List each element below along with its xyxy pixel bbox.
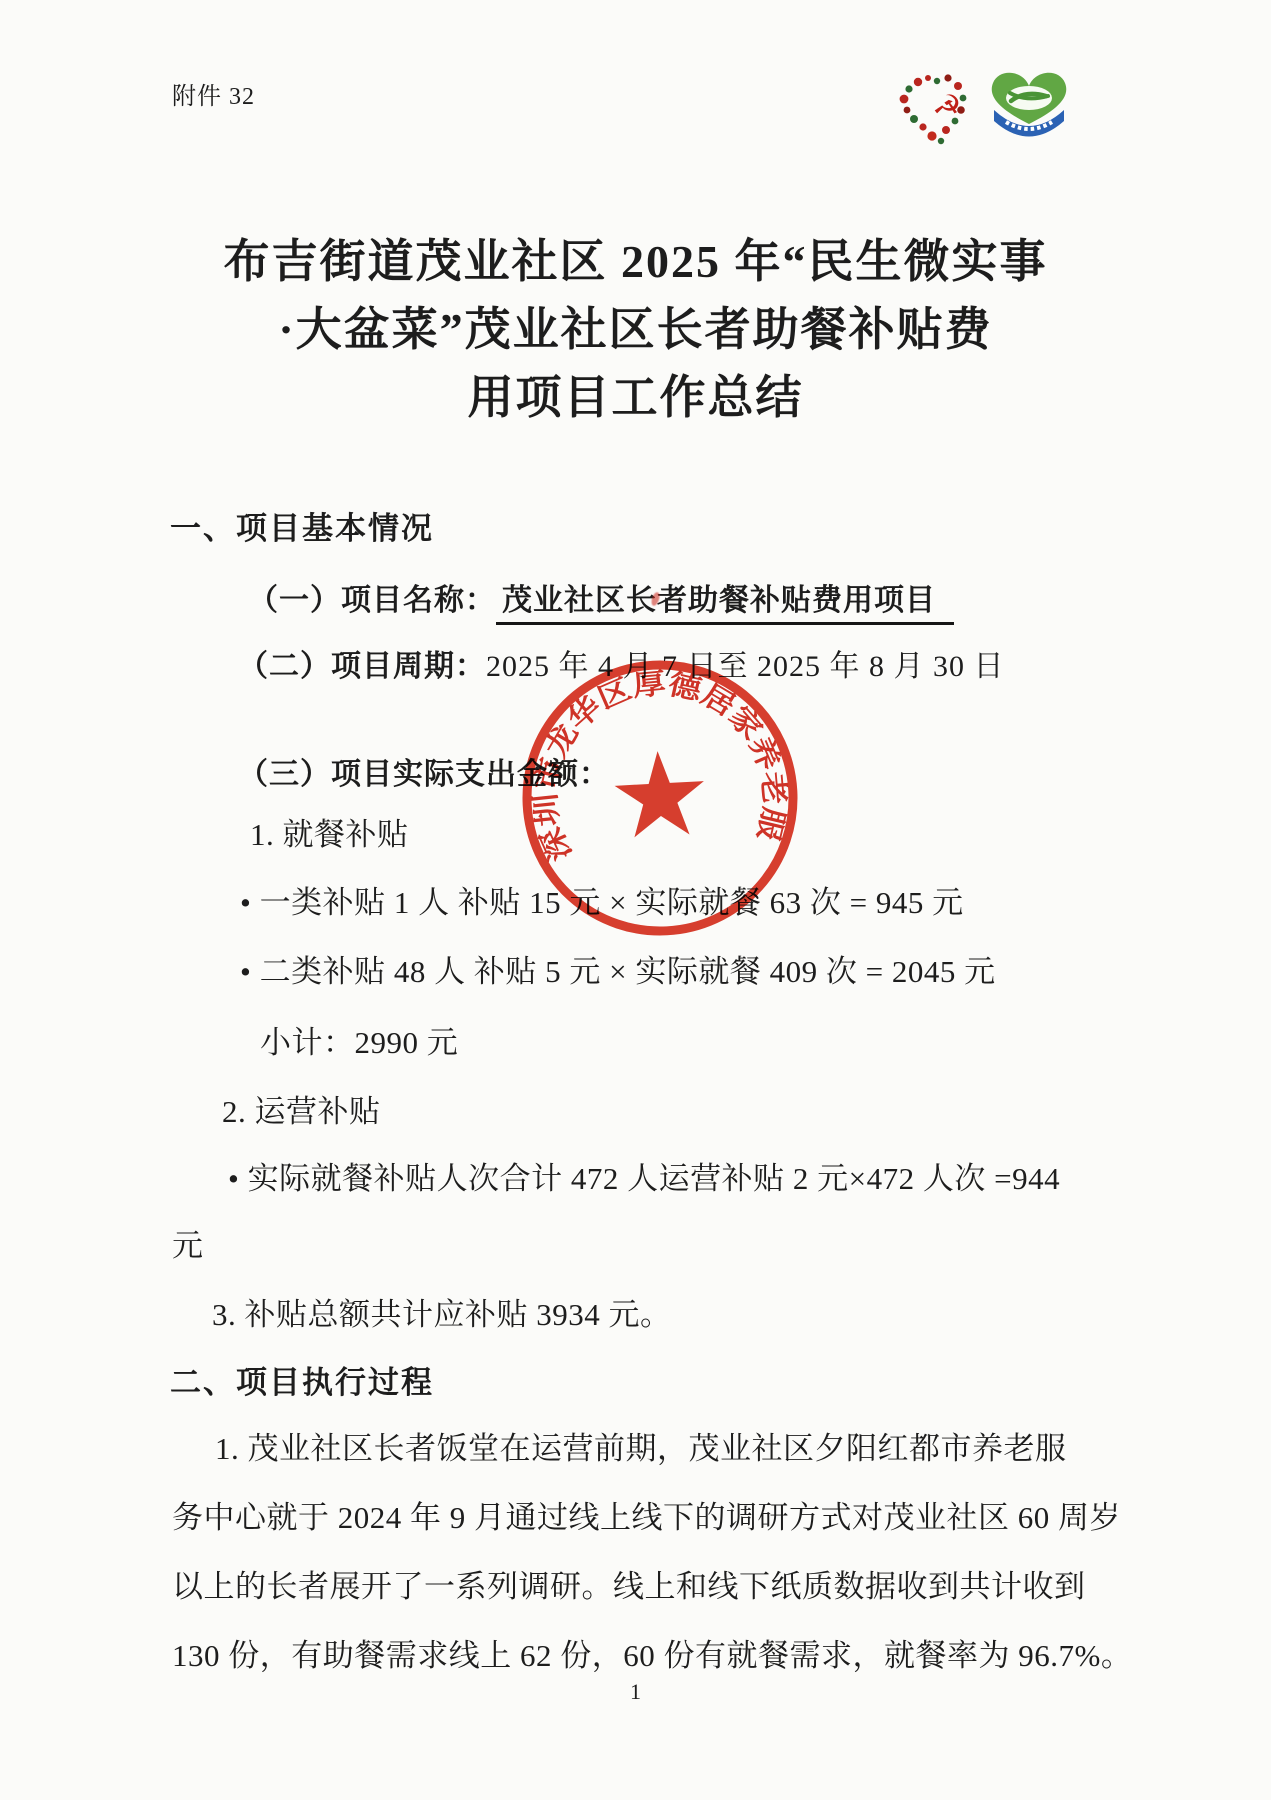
hammer-sickle-icon: ☭ — [930, 86, 966, 127]
total-subsidy-line: 3. 补贴总额共计应补贴 3934 元。 — [212, 1296, 672, 1335]
project-period-line: （二）项目周期：2025 年 4 月 7 日至 2025 年 8 月 30 日 — [238, 648, 1005, 686]
section-heading-execution: 二、项目执行过程 — [170, 1364, 434, 1403]
subsidy-class1-bullet: • 一类补贴 1 人 补贴 15 元 × 实际就餐 63 次 = 945 元 — [240, 884, 964, 923]
subsidy-class2-bullet: • 二类补贴 48 人 补贴 5 元 × 实际就餐 409 次 = 2045 元 — [240, 953, 996, 992]
title-line-2: ·大盆菜”茂业社区长者助餐补贴费 — [0, 296, 1271, 364]
title-line-1: 布吉街道茂业社区 2025 年“民生微实事 — [0, 228, 1271, 296]
section-heading-basic-info: 一、项目基本情况 — [170, 510, 434, 549]
paragraph-line-4: 130 份，有助餐需求线上 62 份，60 份有就餐需求，就餐率为 96.7%。 — [172, 1637, 1132, 1676]
project-period-label: （二）项目周期： — [238, 650, 486, 683]
project-name-value: 茂业社区长者助餐补贴费用项目 — [496, 584, 954, 625]
page-number: 1 — [0, 1678, 1271, 1706]
header-logos: ☭ — [894, 64, 1074, 150]
operation-subsidy-subheading: 2. 运营补贴 — [222, 1093, 381, 1132]
paragraph-line-3: 以上的长者展开了一系列调研。线上和线下纸质数据收到共计收到 — [172, 1568, 1086, 1607]
project-name-line: （一）项目名称：茂业社区长者助餐补贴费用项目 — [248, 582, 954, 620]
title-line-3: 用项目工作总结 — [0, 364, 1271, 432]
paragraph-line-2: 务中心就于 2024 年 9 月通过线上线下的调研方式对茂业社区 60 周岁 — [172, 1499, 1121, 1538]
project-period-value: 2025 年 4 月 7 日至 2025 年 8 月 30 日 — [486, 650, 1005, 683]
project-expense-label: （三）项目实际支出金额： — [238, 756, 610, 794]
operation-subsidy-bullet: • 实际就餐补贴人次合计 472 人运营补贴 2 元×472 人次 =944 — [228, 1160, 1060, 1199]
meal-subsidy-subheading: 1. 就餐补贴 — [250, 816, 409, 855]
document-title: 布吉街道茂业社区 2025 年“民生微实事 ·大盆菜”茂业社区长者助餐补贴费 用… — [0, 228, 1271, 432]
seal-star-icon — [613, 749, 707, 839]
party-heart-logo: ☭ — [894, 64, 976, 150]
project-name-label: （一）项目名称： — [248, 584, 496, 617]
care-heart-logo — [984, 64, 1074, 148]
carry-over-character: 元 — [172, 1227, 204, 1266]
subtotal-line: 小计：2990 元 — [260, 1024, 458, 1063]
attachment-label: 附件 32 — [172, 82, 255, 112]
paragraph-line-1: 1. 茂业社区长者饭堂在运营前期，茂业社区夕阳红都市养老服 — [215, 1430, 1067, 1469]
scanned-document-page: 附件 32 ☭ — [0, 0, 1271, 1800]
